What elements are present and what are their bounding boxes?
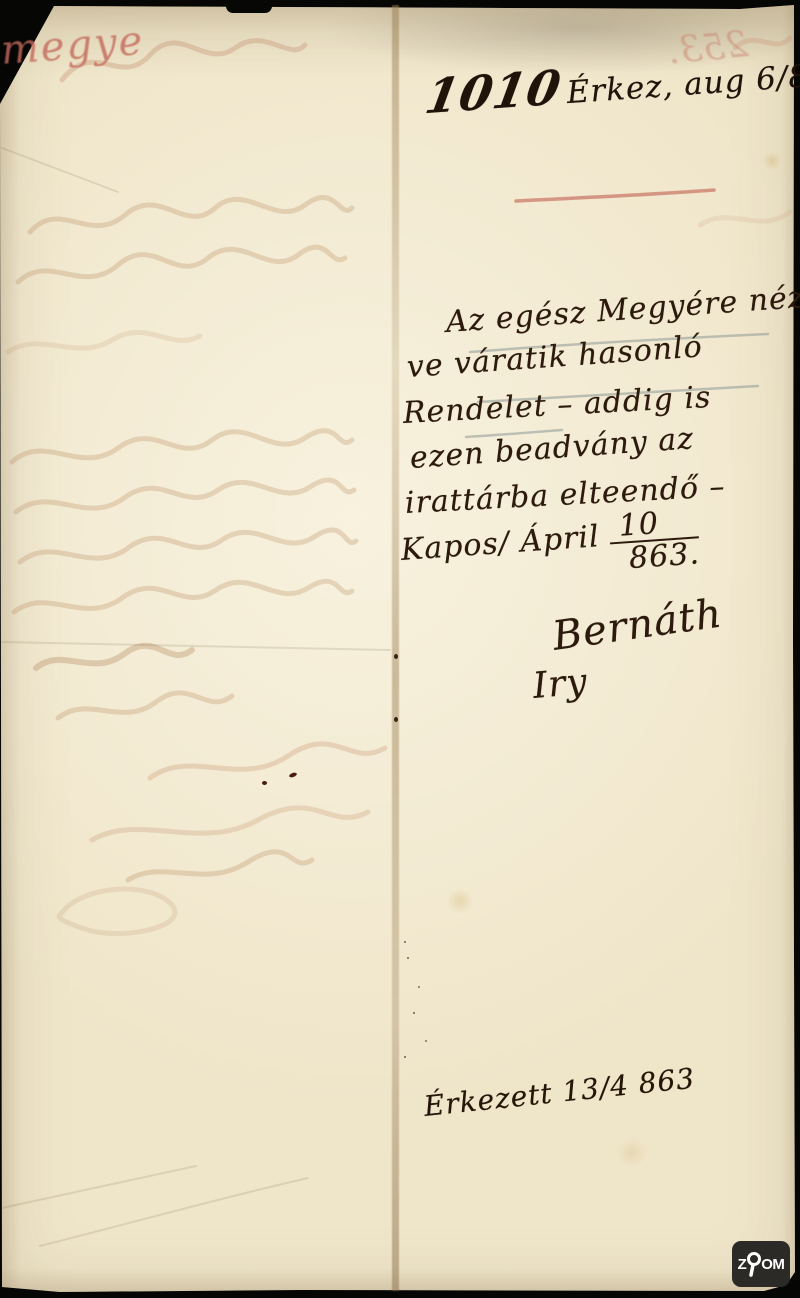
registration-number: 1010: [421, 60, 565, 125]
paper-sheet: [0, 0, 800, 1298]
ink-speck: [425, 1040, 427, 1042]
ink-speck: [413, 1012, 415, 1014]
fold-crease: [392, 5, 399, 1291]
signature-role: Iry: [531, 661, 589, 707]
ink-speck: [404, 1056, 406, 1058]
scanned-document-page: 253. 1010Érkez, aug 6/862 megye Az egész…: [0, 0, 800, 1298]
date-year: 863.: [610, 538, 701, 576]
fold-stitch-dot: [394, 717, 398, 722]
ink-speck: [418, 986, 420, 988]
ink-speck: [407, 957, 409, 959]
fold-stitch-dot: [394, 654, 398, 659]
ink-speck: [404, 941, 406, 943]
ink-speck: [262, 781, 267, 785]
date-fraction: 10863.: [608, 506, 701, 576]
zoom-watermark: Z OM: [732, 1241, 790, 1287]
magnifier-icon: [745, 1249, 762, 1279]
watermark-text-om: OM: [761, 1256, 784, 1273]
